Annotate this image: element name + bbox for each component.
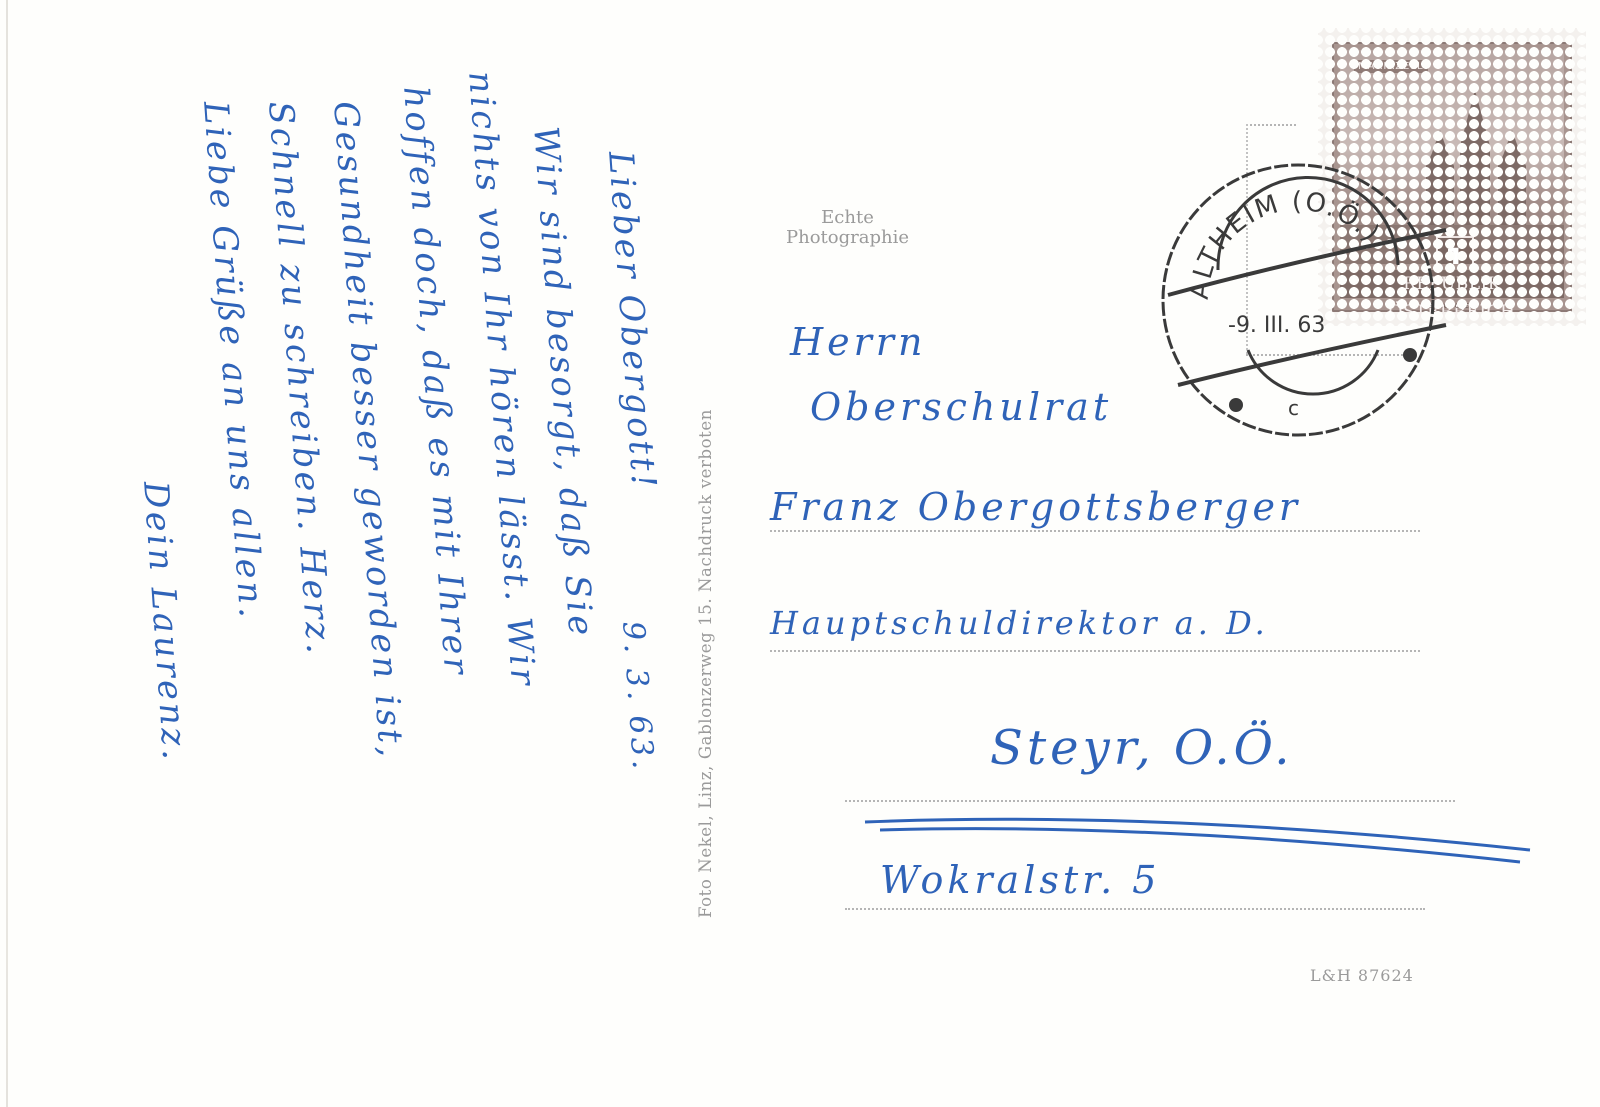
address-line-occupation: Hauptschuldirektor a. D. xyxy=(770,604,1269,642)
address-guide-line xyxy=(770,530,1420,532)
stamp-title: MARIAZELL xyxy=(1354,60,1428,73)
serial-number: L&H 87624 xyxy=(1310,966,1414,985)
stamp-country: REPUBLIK ÖSTERREICH xyxy=(1340,270,1564,298)
message-line: Schnell zu schreiben. Herz. xyxy=(260,100,339,658)
address-line-city: Steyr, O.Ö. xyxy=(990,720,1293,776)
address-guide-line xyxy=(845,800,1455,802)
address-guide-line xyxy=(845,908,1425,910)
photographie-line: Photographie xyxy=(786,228,909,248)
stamp-guide-line xyxy=(1246,124,1248,354)
stamp-scene: MARIAZELL 1 xyxy=(1340,50,1564,264)
address-line-name: Franz Obergottsberger xyxy=(770,485,1301,529)
stamp-designer: STROHOFER xyxy=(1334,303,1570,310)
message-line: hoffen doch, daß es mit Ihrer xyxy=(395,85,476,678)
postcard: Echte Photographie Foto Nekel, Linz, Gab… xyxy=(0,0,1600,1107)
paper-edge xyxy=(6,0,8,1107)
message-line: Gesundheit besser geworden ist, xyxy=(325,100,411,761)
message-line: Liebe Grüße an uns allen. xyxy=(195,100,271,622)
message-line: Lieber Obergott! xyxy=(600,150,664,492)
stamp-guide-line xyxy=(1246,354,1406,356)
address-line-title: Oberschulrat xyxy=(810,385,1112,429)
address-line-salutation: Herrn xyxy=(790,320,926,364)
message-signature: Dein Laurenz. xyxy=(135,480,195,764)
message-line: Wir sind besorgt, daß Sie xyxy=(525,125,601,640)
echte-line: Echte xyxy=(786,208,909,228)
stamp-value: 1 xyxy=(1436,236,1474,264)
stamp-guide-line xyxy=(1246,124,1296,126)
address-guide-line xyxy=(770,650,1420,652)
message-date: 9. 3. 63. xyxy=(615,620,660,773)
stamp-frame: MARIAZELL 1 REPUBLIK ÖSTERREICH STROHOFE… xyxy=(1332,42,1572,312)
postmark-code: c xyxy=(1288,396,1299,420)
address-line-street: Wokralstr. 5 xyxy=(880,858,1160,902)
postage-stamp: MARIAZELL 1 REPUBLIK ÖSTERREICH STROHOFE… xyxy=(1318,28,1586,326)
postmark-date: -9. III. 63 xyxy=(1228,313,1325,338)
echte-photographie-label: Echte Photographie xyxy=(786,208,909,248)
publisher-credit: Foto Nekel, Linz, Gablonzerweg 15. Nachd… xyxy=(696,409,715,918)
